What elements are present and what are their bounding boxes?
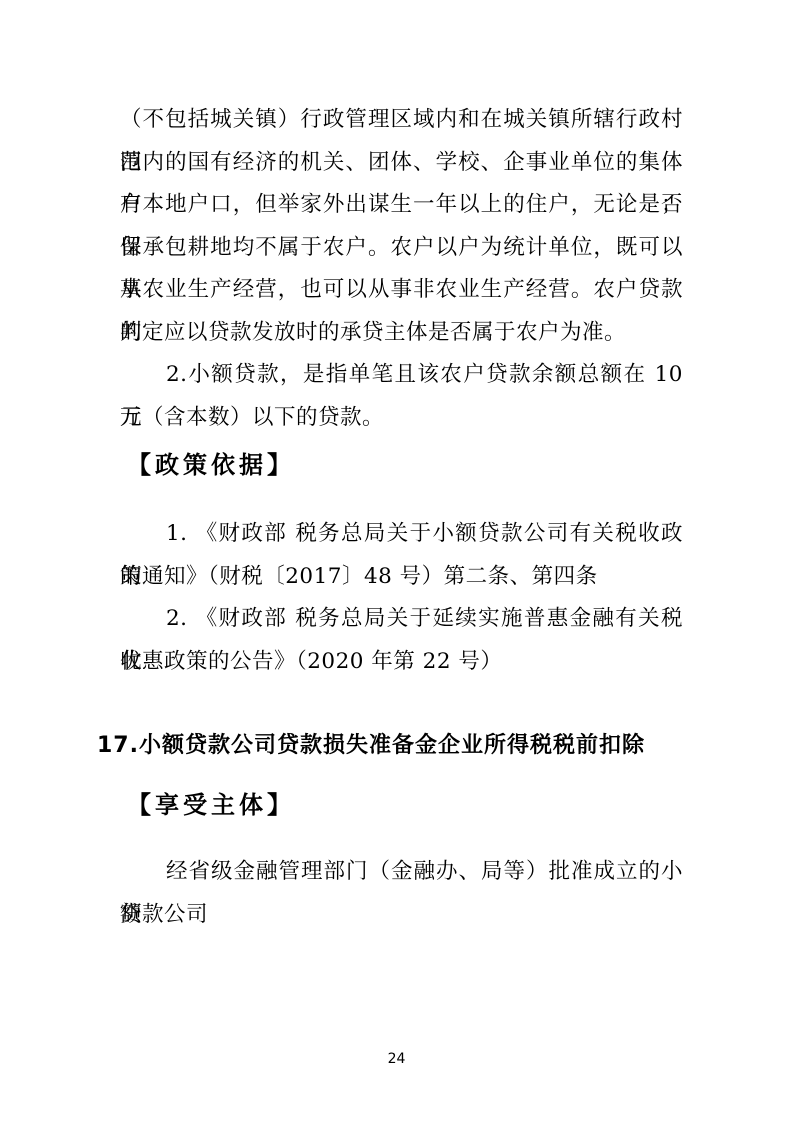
farmer-definition-line: 有本地户口，但举家外出谋生一年以上的住户，无论是否保	[120, 184, 683, 227]
policy-item-line: 1. 《财政部 税务总局关于小额贷款公司有关税收政策	[120, 513, 683, 556]
section-17-heading: 17.小额贷款公司贷款损失准备金企业所得税税前扣除	[97, 730, 683, 762]
beneficiary-line: 经省级金融管理部门（金融办、局等）批准成立的小额	[120, 851, 683, 894]
micro-loan-definition-line: 2.小额贷款，是指单笔且该农户贷款余额总额在 10 万	[120, 354, 683, 397]
policy-item-line: 2. 《财政部 税务总局关于延续实施普惠金融有关税收	[120, 598, 683, 641]
policy-basis-heading: 【政策依据】	[120, 450, 683, 480]
document-page: （不包括城关镇）行政管理区域内和在城关镇所辖行政村范 围内的国有经济的机关、团体…	[0, 0, 793, 1122]
farmer-definition-line: 判定应以贷款发放时的承贷主体是否属于农户为准。	[120, 312, 683, 355]
page-content: （不包括城关镇）行政管理区域内和在城关镇所辖行政村范 围内的国有经济的机关、团体…	[120, 99, 683, 936]
farmer-definition-line: 围内的国有经济的机关、团体、学校、企事业单位的集体户；	[120, 142, 683, 185]
micro-loan-definition-line: 元（含本数）以下的贷款。	[120, 397, 683, 440]
farmer-definition-line: 留承包耕地均不属于农户。农户以户为统计单位，既可以从	[120, 227, 683, 270]
beneficiary-line: 贷款公司	[120, 894, 683, 937]
page-number: 24	[0, 1051, 793, 1067]
farmer-definition-line: 事农业生产经营，也可以从事非农业生产经营。农户贷款的	[120, 269, 683, 312]
policy-item-line: 的通知》（财税〔2017〕48 号）第二条、第四条	[120, 556, 683, 599]
farmer-definition-line: （不包括城关镇）行政管理区域内和在城关镇所辖行政村范	[120, 99, 683, 142]
policy-item-line: 优惠政策的公告》（2020 年第 22 号）	[120, 641, 683, 684]
beneficiary-heading: 【享受主体】	[120, 790, 683, 820]
